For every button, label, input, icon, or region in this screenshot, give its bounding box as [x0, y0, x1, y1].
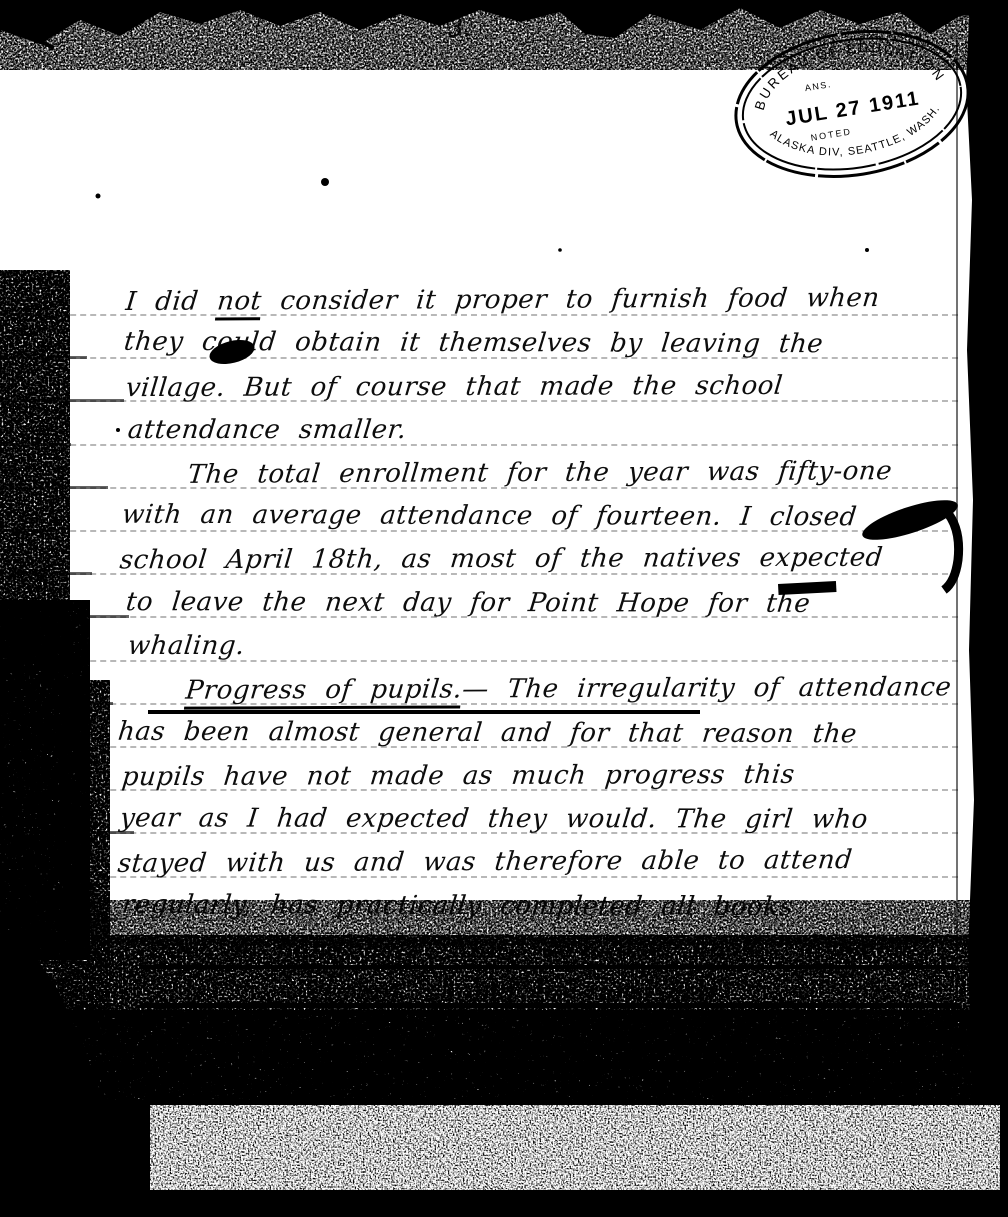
stamp-date: JUL 27 1911 [784, 87, 922, 130]
ruled-line-stub [0, 572, 92, 575]
scan-blob-bottom-left [0, 935, 152, 1217]
ruled-line-stub [0, 1091, 86, 1094]
manuscript-line: attendance smaller. [126, 414, 408, 446]
manuscript-line: village. But of course that made the sch… [124, 370, 784, 404]
manuscript-page: 3. I did not consider it proper to furni… [0, 0, 1008, 1217]
manuscript-line: they could obtain it themselves by leavi… [122, 326, 825, 360]
line-text: now on hand here. More advanced books, e… [148, 933, 936, 966]
ruled-line-stub [0, 961, 65, 964]
scan-edge-bottom [0, 1192, 1008, 1217]
stamp-outer-border [725, 16, 978, 193]
line-text: consider it proper to furnish food when [260, 283, 881, 316]
line-text: All pupils had very little [378, 1020, 750, 1051]
date-stamp: BUREAU OF EDUCATION ALASKA DIV, SEATTLE,… [725, 16, 978, 193]
line-text: has been almost general and for that rea… [117, 717, 859, 750]
stamp-arc-top-text: BUREAU OF EDUCATION [744, 26, 950, 114]
scan-edge-right [966, 0, 1008, 1217]
ruled-line [0, 1135, 958, 1137]
manuscript-line: with an average attendance of fourteen. … [120, 499, 858, 534]
ruled-line-stub [0, 918, 118, 921]
ruled-line-stub [0, 1004, 102, 1007]
ruled-line-stub [0, 313, 50, 316]
ruled-line-stub [0, 1134, 123, 1137]
manuscript-line: now on hand here. More advanced books, e… [148, 932, 936, 967]
ruled-line [0, 1092, 958, 1094]
manuscript-line: year as I had expected they would. The g… [118, 802, 869, 835]
stamp-inner-border [733, 24, 970, 185]
manuscript-line: school April 18th, as most of the native… [118, 542, 884, 577]
ruled-line-stub [0, 875, 81, 878]
manuscript-line: All pupils had very little [378, 1019, 750, 1052]
line-text: year as I had expected they would. The g… [118, 803, 869, 834]
manuscript-line: Progress of pupils.— The irregularity of… [184, 671, 953, 706]
line-text: I did [124, 286, 218, 316]
underlined-text: not [215, 286, 263, 320]
line-text: with an average attendance of fourteen. … [121, 500, 859, 533]
stamp-ans-label: ANS. [804, 79, 832, 93]
line-text: they could obtain it themselves by leavi… [123, 327, 825, 359]
underlined-heading: Progress of pupils. [184, 674, 464, 709]
line-text: whaling. [126, 631, 246, 661]
ruled-line-stub [0, 529, 55, 532]
line-text: The total enrollment for the year was fi… [186, 456, 893, 490]
line-text: regularly, has practically completed all… [120, 890, 794, 922]
ruled-line-stub [0, 788, 97, 791]
scan-noise-white [150, 1105, 1000, 1190]
ruled-line-stub [0, 399, 124, 402]
manuscript-line: whaling. [126, 630, 246, 662]
manuscript-line: The total enrollment for the year was fi… [186, 455, 894, 491]
ruled-line-stub [0, 443, 71, 446]
manuscript-line: to leave the next day for Point Hope for… [124, 586, 812, 620]
manuscript-line: has been almost general and for that rea… [116, 716, 858, 751]
line-text: to leave the next day for Point Hope for… [124, 587, 811, 619]
line-text: pupils have not made as much progress th… [120, 760, 796, 792]
page-number: 3. [448, 14, 471, 42]
ruled-line-stub [0, 1047, 139, 1050]
line-text: attendance smaller. [126, 415, 408, 445]
line-text: stayed with us and was therefore able to… [116, 845, 853, 879]
manuscript-line: stayed with us and was therefore able to… [116, 844, 854, 880]
ruled-line-stub [0, 831, 134, 834]
line-text: — The irregularity of attendance [461, 672, 953, 704]
scan-edge-top [0, 0, 1008, 44]
ruled-line-stub [0, 745, 60, 748]
line-text: writing, should be furnished [298, 978, 719, 1008]
manuscript-line: pupils have not made as much progress th… [120, 759, 796, 793]
ruled-line-stub [0, 659, 76, 662]
line-text: school April 18th, as most of the native… [118, 543, 884, 576]
top-left-scribble [6, 15, 54, 48]
ruled-line-stub [0, 486, 108, 489]
ruled-line-stub [0, 615, 129, 618]
manuscript-line: writing, should be furnished [298, 977, 719, 1009]
ruled-line-stub [0, 702, 113, 705]
line-text: village. But of course that made the sch… [124, 371, 784, 403]
manuscript-line: regularly, has practically completed all… [120, 889, 795, 923]
page-edge-line [956, 40, 958, 1180]
stamp-arc-bottom-text: ALASKA DIV, SEATTLE, WASH. [766, 102, 948, 171]
stamp-noted-label: NOTED [810, 126, 853, 142]
manuscript-line: I did not consider it proper to furnish … [124, 282, 881, 318]
illegible-handwriting [210, 1080, 930, 1174]
ruled-line-stub [0, 356, 87, 359]
